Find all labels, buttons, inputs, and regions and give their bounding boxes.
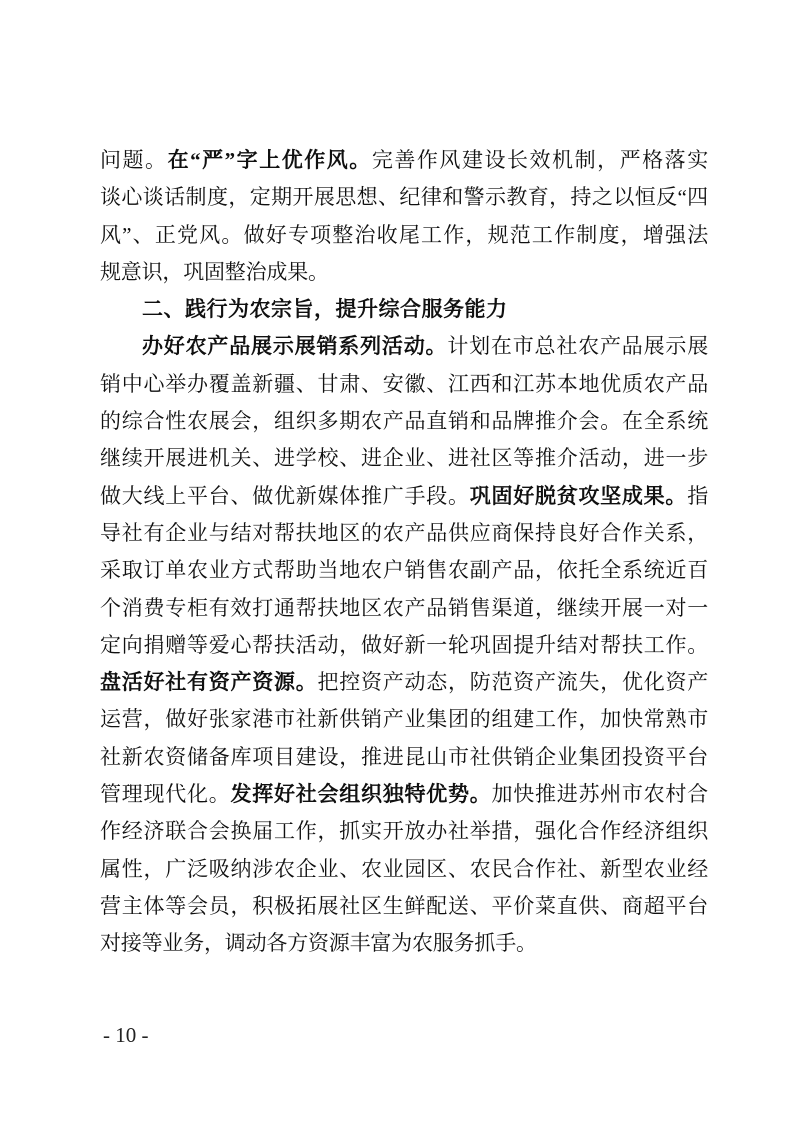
text-line: 风”、正党风。做好专项整治收尾工作，规范工作制度，增强法 (100, 217, 708, 254)
text-line: 营主体等会员，积极拓展社区生鲜配送、平价菜直供、商超平台 (100, 888, 708, 925)
document-page: 问题。在“严”字上优作风。完善作风建设长效机制，严格落实谈心谈话制度，定期开展思… (0, 0, 793, 1122)
text-run: 对接等业务，调动各方资源丰富为农服务抓手。 (100, 931, 537, 955)
text-run: 管理现代化。 (100, 782, 230, 806)
section-heading-line: 二、践行为农宗旨，提升综合服务能力 (100, 291, 708, 328)
text-line: 作经济联合会换届工作，抓实开放办社举措，强化合作经济组织 (100, 813, 708, 850)
text-run: 营主体等会员，积极拓展社区生鲜配送、平价菜直供、商超平台 (100, 894, 708, 918)
text-run: 属性，广泛吸纳涉农企业、农业园区、农民合作社、新型农业经 (100, 857, 708, 881)
text-run: 指 (687, 484, 708, 508)
text-run: 采取订单农业方式帮助当地农户销售农副产品，依托全系统近百 (100, 558, 708, 582)
text-line: 采取订单农业方式帮助当地农户销售农副产品，依托全系统近百 (100, 552, 708, 589)
bold-text-run: 二、践行为农宗旨，提升综合服务能力 (142, 298, 508, 321)
text-run: 定向捐赠等爱心帮扶活动，做好新一轮巩固提升结对帮扶工作。 (100, 633, 708, 657)
text-line: 规意识，巩固整治成果。 (100, 254, 708, 291)
bold-text-run: 在“严”字上优作风。 (168, 148, 372, 172)
text-block: 问题。在“严”字上优作风。完善作风建设长效机制，严格落实谈心谈话制度，定期开展思… (100, 142, 708, 963)
text-run: 加快推进苏州市农村合 (491, 782, 708, 806)
text-run: 问题。 (100, 148, 168, 172)
text-line: 个消费专柜有效打通帮扶地区农产品销售渠道，继续开展一对一 (100, 590, 708, 627)
text-run: 把控资产动态，防范资产流失，优化资产 (317, 670, 708, 694)
text-line: 问题。在“严”字上优作风。完善作风建设长效机制，严格落实 (100, 142, 708, 179)
text-run: 谈心谈话制度，定期开展思想、纪律和警示教育，持之以恒反“四 (100, 185, 708, 209)
text-run: 个消费专柜有效打通帮扶地区农产品销售渠道，继续开展一对一 (100, 596, 708, 620)
bold-text-run: 发挥好社会组织独特优势。 (230, 782, 491, 806)
text-run: 运营，做好张家港市社新供销产业集团的组建工作，加快常熟市 (100, 707, 708, 731)
text-line: 导社有企业与结对帮扶地区的农产品供应商保持良好合作关系， (100, 515, 708, 552)
text-run: 销中心举办覆盖新疆、甘肃、安徽、江西和江苏本地优质农产品 (100, 372, 708, 396)
text-line: 对接等业务，调动各方资源丰富为农服务抓手。 (100, 925, 708, 962)
page-number: - 10 - (103, 1020, 149, 1050)
text-run: 完善作风建设长效机制，严格落实 (372, 148, 708, 172)
bold-text-run: 巩固好脱贫攻坚成果。 (470, 484, 687, 508)
text-run: 社新农资储备库项目建设，推进昆山市社供销企业集团投资平台 (100, 745, 708, 769)
text-run: 计划在市总社农产品展示展 (447, 334, 708, 358)
text-line: 办好农产品展示展销系列活动。计划在市总社农产品展示展 (100, 328, 708, 365)
text-run: 风”、正党风。做好专项整治收尾工作，规范工作制度，增强法 (100, 223, 708, 247)
bold-text-run: 盘活好社有资产资源。 (100, 670, 317, 694)
text-line: 继续开展进机关、进学校、进企业、进社区等推介活动，进一步 (100, 440, 708, 477)
text-run: 导社有企业与结对帮扶地区的农产品供应商保持良好合作关系， (100, 521, 708, 545)
bold-text-run: 办好农产品展示展销系列活动。 (142, 334, 447, 358)
text-run: 做大线上平台、做优新媒体推广手段。 (100, 484, 470, 508)
text-line: 管理现代化。发挥好社会组织独特优势。加快推进苏州市农村合 (100, 776, 708, 813)
text-line: 定向捐赠等爱心帮扶活动，做好新一轮巩固提升结对帮扶工作。 (100, 627, 708, 664)
text-line: 做大线上平台、做优新媒体推广手段。巩固好脱贫攻坚成果。指 (100, 478, 708, 515)
text-line: 社新农资储备库项目建设，推进昆山市社供销企业集团投资平台 (100, 739, 708, 776)
text-line: 谈心谈话制度，定期开展思想、纪律和警示教育，持之以恒反“四 (100, 179, 708, 216)
text-line: 属性，广泛吸纳涉农企业、农业园区、农民合作社、新型农业经 (100, 851, 708, 888)
text-line: 运营，做好张家港市社新供销产业集团的组建工作，加快常熟市 (100, 701, 708, 738)
text-line: 的综合性农展会，组织多期农产品直销和品牌推介会。在全系统 (100, 403, 708, 440)
text-run: 作经济联合会换届工作，抓实开放办社举措，强化合作经济组织 (100, 819, 708, 843)
text-run: 的综合性农展会，组织多期农产品直销和品牌推介会。在全系统 (100, 409, 708, 433)
text-run: 继续开展进机关、进学校、进企业、进社区等推介活动，进一步 (100, 446, 708, 470)
text-run: 规意识，巩固整治成果。 (100, 260, 329, 284)
text-line: 销中心举办覆盖新疆、甘肃、安徽、江西和江苏本地优质农产品 (100, 366, 708, 403)
text-line: 盘活好社有资产资源。把控资产动态，防范资产流失，优化资产 (100, 664, 708, 701)
